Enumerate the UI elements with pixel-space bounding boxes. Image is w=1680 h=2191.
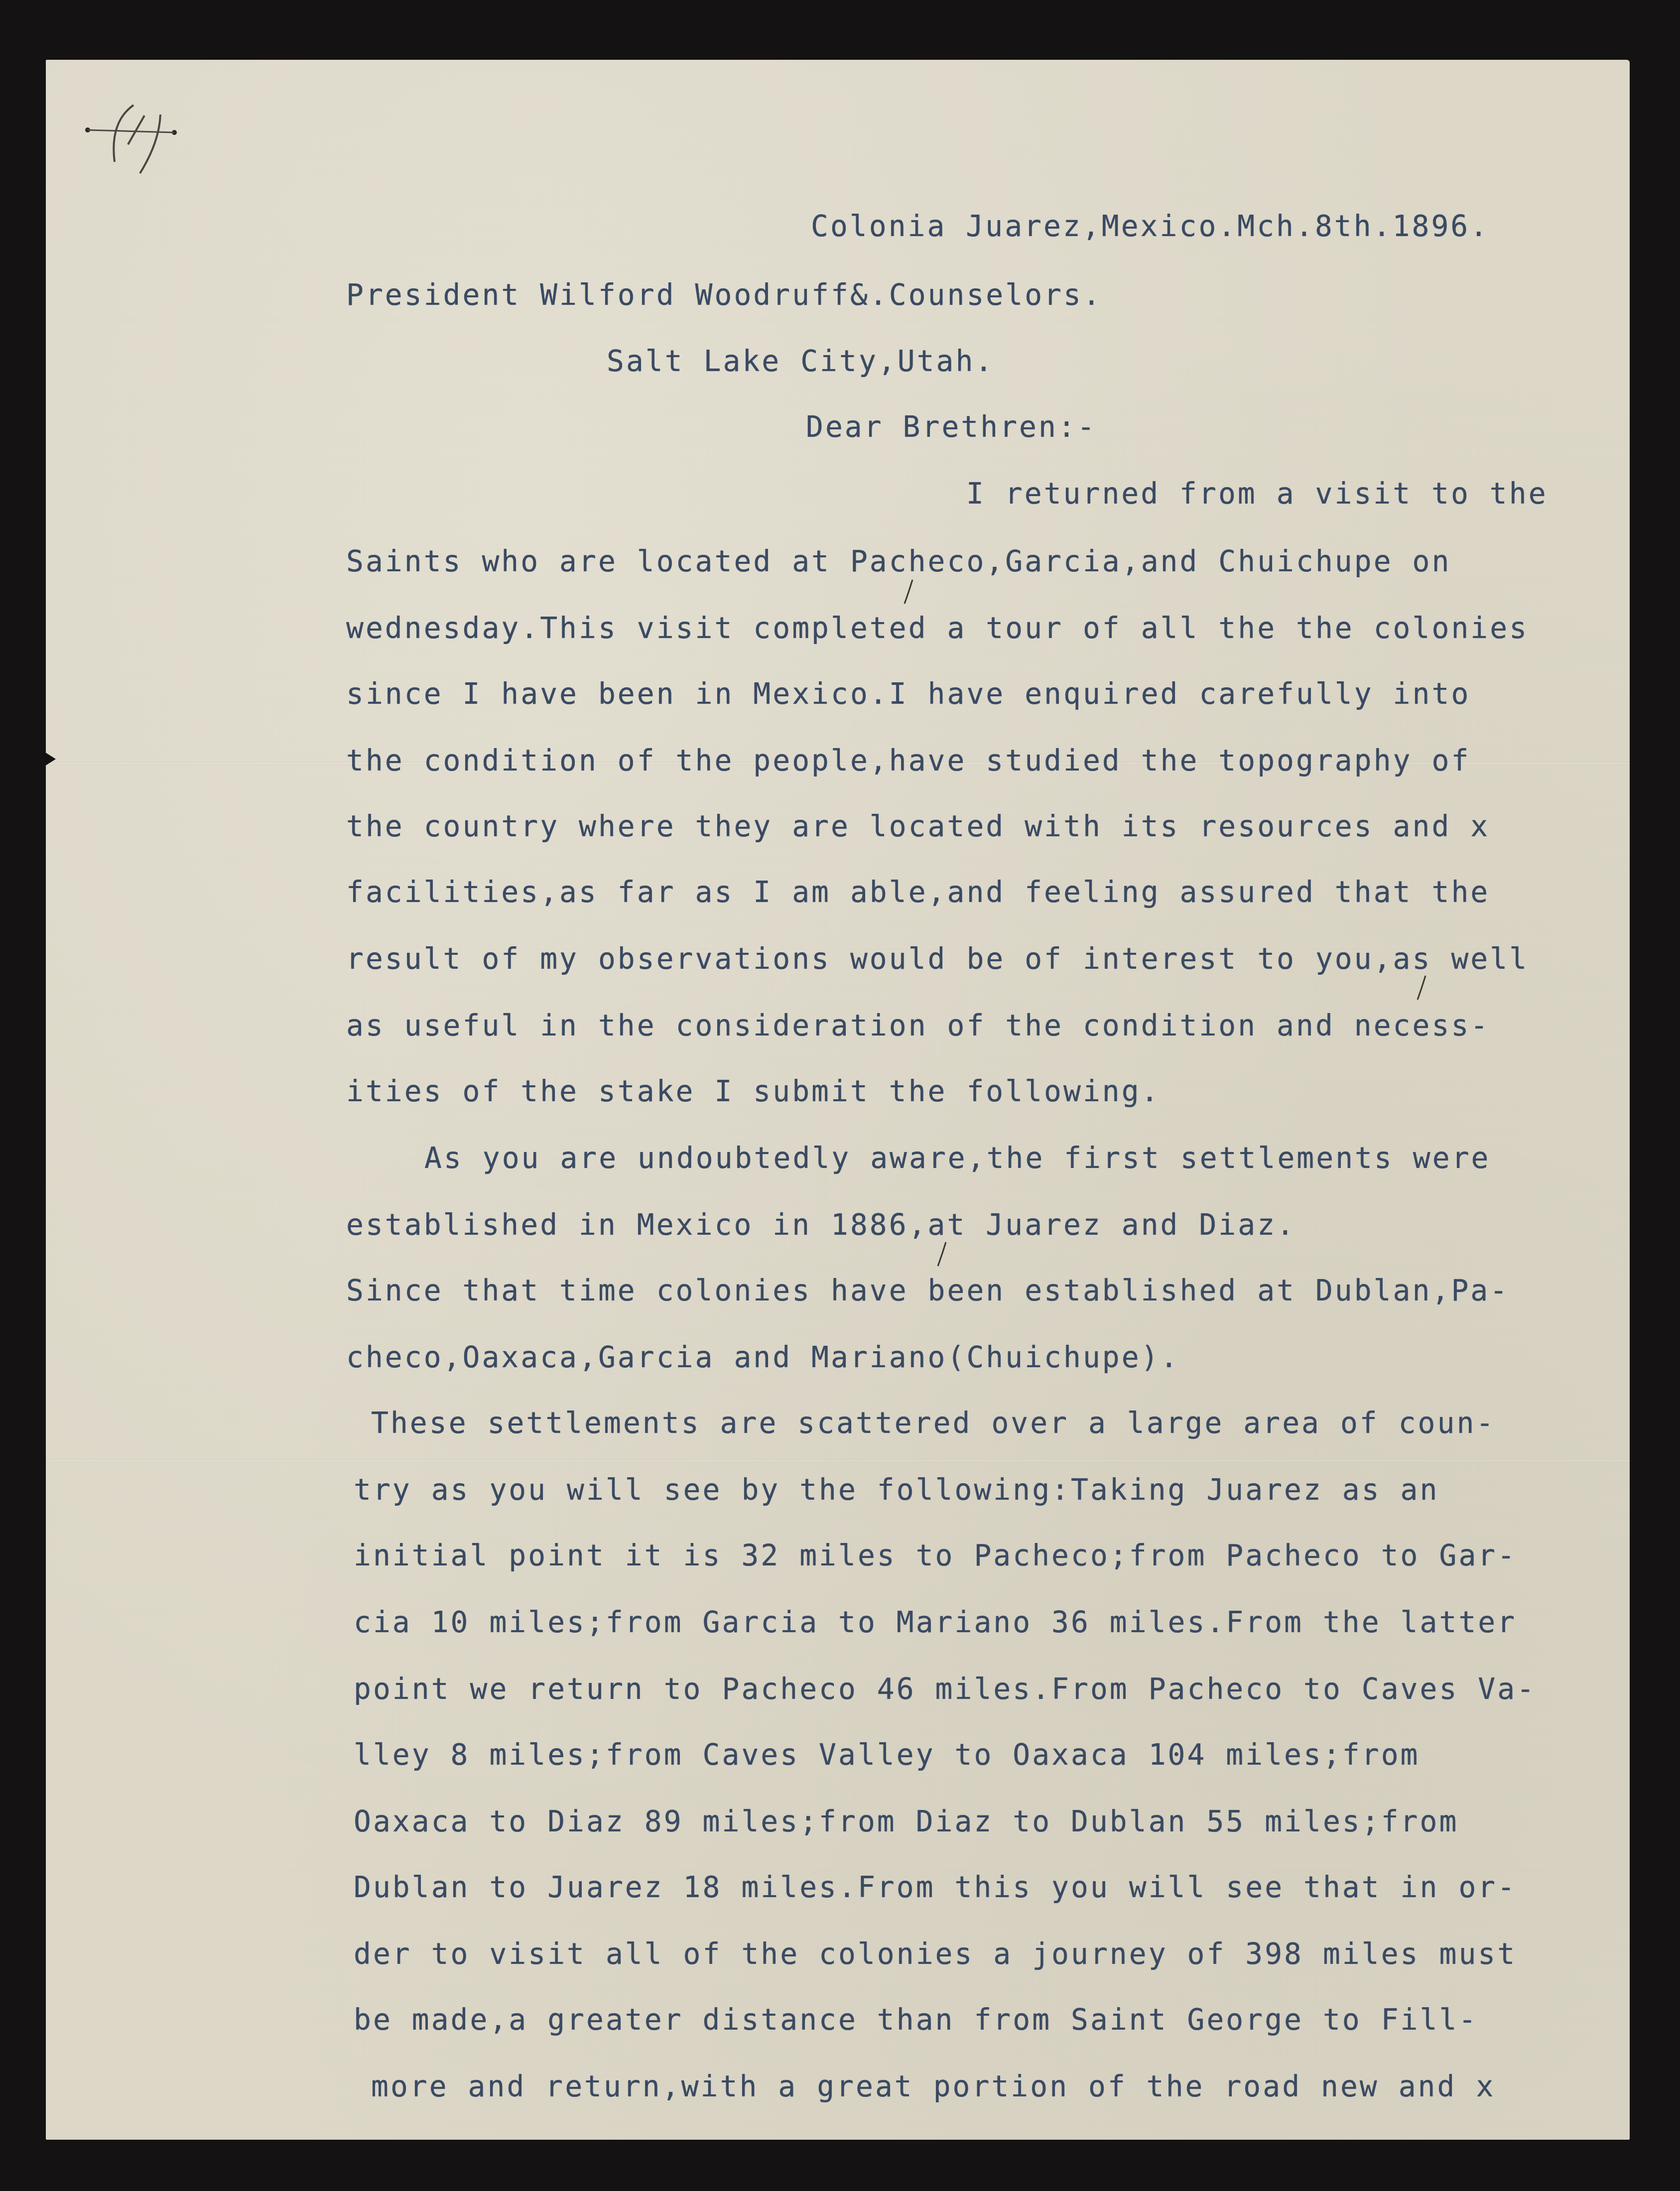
fold-crease	[46, 1459, 1630, 1462]
body-line: be made,a greater distance than from Sai…	[354, 2005, 1478, 2034]
body-line: These settlements are scattered over a l…	[371, 1409, 1495, 1437]
body-line: Dublan to Juarez 18 miles.From this you …	[354, 1873, 1517, 1902]
addressee: President Wilford Woodruff&.Counselors.	[346, 280, 1102, 309]
body-line: Saints who are located at Pacheco,Garcia…	[346, 547, 1451, 576]
body-line: Oaxaca to Diaz 89 miles;from Diaz to Dub…	[354, 1807, 1458, 1836]
body-line: wednesday.This visit completed a tour of…	[346, 614, 1529, 643]
handwritten-comma	[902, 578, 916, 608]
body-line: result of my observations would be of in…	[346, 944, 1529, 973]
body-line: the condition of the people,have studied…	[346, 746, 1470, 775]
dateline: Colonia Juarez,Mexico.Mch.8th.1896.	[811, 212, 1489, 241]
body-line: Since that time colonies have been estab…	[346, 1276, 1509, 1305]
body-line: ities of the stake I submit the followin…	[346, 1077, 1161, 1106]
body-line: der to visit all of the colonies a journ…	[354, 1939, 1517, 1968]
body-line: checo,Oaxaca,Garcia and Mariano(Chuichup…	[346, 1343, 1180, 1372]
body-line: I returned from a visit to the	[966, 479, 1548, 508]
body-line: facilities,as far as I am able,and feeli…	[346, 878, 1490, 906]
body-line: more and return,with a great portion of …	[371, 2072, 1495, 2101]
body-line: As you are undoubtedly aware,the first s…	[424, 1144, 1491, 1172]
body-line: cia 10 miles;from Garcia to Mariano 36 m…	[354, 1608, 1517, 1637]
body-line: initial point it is 32 miles to Pacheco;…	[354, 1541, 1517, 1570]
body-line: point we return to Pacheco 46 miles.From…	[354, 1675, 1536, 1703]
body-line: since I have been in Mexico.I have enqui…	[346, 679, 1470, 708]
handwritten-comma	[935, 1240, 950, 1270]
handwritten-page-number	[80, 102, 189, 177]
body-line: as useful in the consideration of the co…	[346, 1011, 1490, 1040]
handwritten-comma	[1415, 974, 1429, 1004]
paper-tear	[45, 752, 56, 766]
body-line: try as you will see by the following:Tak…	[354, 1475, 1439, 1504]
body-line: lley 8 miles;from Caves Valley to Oaxaca…	[354, 1740, 1420, 1769]
body-line: the country where they are located with …	[346, 812, 1490, 841]
body-line: established in Mexico in 1886,at Juarez …	[346, 1210, 1296, 1239]
salutation: Dear Brethren:-	[806, 412, 1097, 441]
address-city: Salt Lake City,Utah.	[607, 347, 994, 376]
